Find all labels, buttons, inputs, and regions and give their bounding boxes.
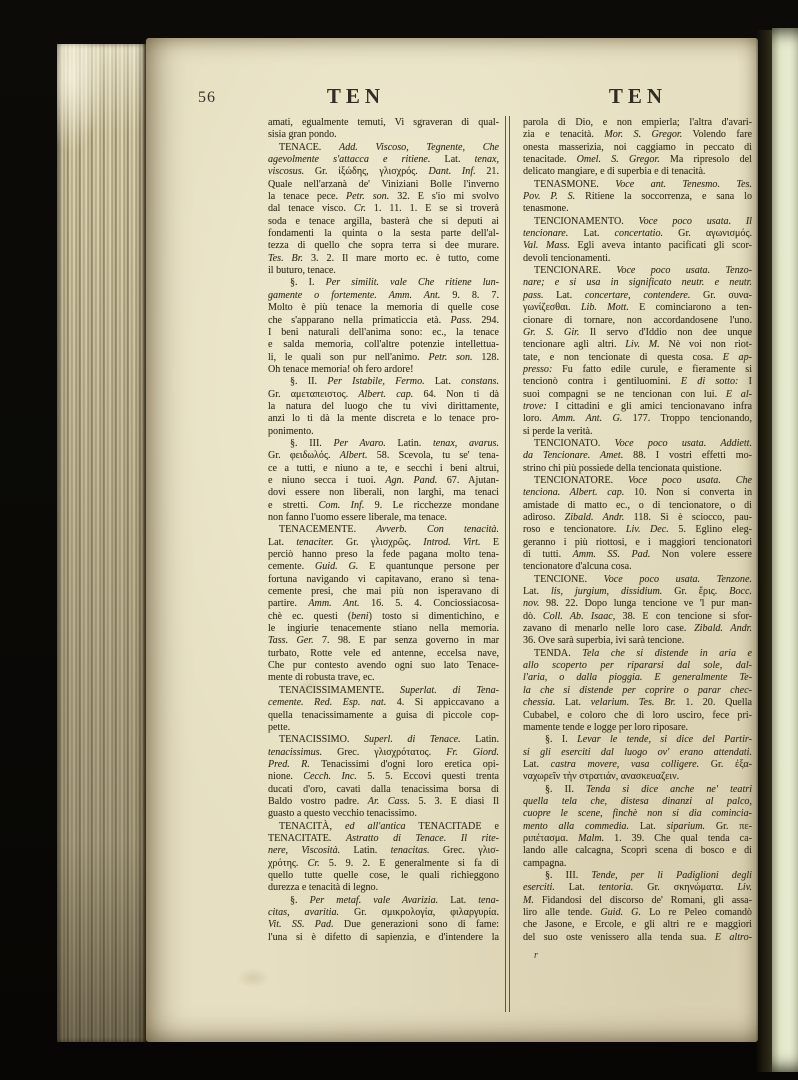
text-line: Gr. φειδωλός. Albert. 58. Scevola, tu se… [268, 450, 499, 462]
text-line: eserciti. Lat. tentoria. Gr. σκηνώματα. … [523, 882, 752, 894]
text-line: nione. Cecch. Inc. 5. 5. Eccovi questi t… [268, 771, 499, 783]
paragraph: TENCIONAMENTO. Voce poco usata. Iltencio… [523, 216, 752, 265]
text-column-right: parola di Dio, e non empierla; l'altra d… [523, 117, 752, 944]
column-divider [505, 116, 510, 1012]
text-line: TENACISSIMO. Superl. di Tenace. Latin. [268, 734, 499, 746]
text-line: cemente. Guid. G. E quantunque persone p… [268, 561, 499, 573]
text-line: lando alle calcagna, Scoprì scena di bos… [523, 845, 752, 857]
text-line: Gr. αμεταπειστος. Albert. cap. 64. Non t… [268, 389, 499, 401]
text-line: §. I. Per similit. vale Che ritiene lun- [268, 277, 499, 289]
text-line: TENACISSIMAMENTE. Superlat. di Tena- [268, 685, 499, 697]
text-line: nare; e si usa in significato neutr. e n… [523, 277, 752, 289]
text-line: cemente. Red. Esp. nat. 4. Si appiccavan… [268, 697, 499, 709]
text-line: guasto a questo vecchio tenacissimo. [268, 808, 499, 820]
text-line: liro alle tende. Guid. G. Lo re Peleo co… [523, 907, 752, 919]
paragraph: TENACITÀ, ed all'antica TENACITADE eTENA… [268, 821, 499, 895]
text-line: mente di robusta trave, ec. [268, 672, 499, 684]
text-line: parola di Dio, e non empierla; l'altra d… [523, 117, 752, 129]
paragraph: TENCIONARE. Voce poco usata. Tenzo-nare;… [523, 265, 752, 438]
text-line: agevolmente s'attacca e ritiene. Lat. te… [268, 154, 499, 166]
text-line: I beni naturali dell'anima sono: ec., la… [268, 327, 499, 339]
text-line: la tenace pece. Petr. son. 32. E s'io mi… [268, 191, 499, 203]
text-line: TENCIONAMENTO. Voce poco usata. Il [523, 216, 752, 228]
text-line: χρότης. Cr. 5. 9. 2. E generalmente si f… [268, 858, 499, 870]
text-line: TENASMONE. Voce ant. Tenesmo. Tes. [523, 179, 752, 191]
text-line: Lat. lis, jurgium, dissidium. Gr. ἔρις. … [523, 586, 752, 598]
paragraph: §. III. Tende, per li Padiglioni deglies… [523, 870, 752, 944]
text-line: Vit. SS. Pad. Due generazioni sono di fa… [268, 919, 499, 931]
text-line: cuopre le scene, finchè non si dia comin… [523, 808, 752, 820]
text-line: la che si distende per coprire o parar c… [523, 685, 752, 697]
text-line: Val. Mass. Egli aveva intanto pacificati… [523, 240, 752, 252]
text-line: cionare di tornare, non accordandosene l… [523, 315, 752, 327]
text-line: tencionare agli altri. Liv. M. Nè voi no… [523, 339, 752, 351]
text-line: §. III. Per Avaro. Latin. tenax, avarus. [268, 438, 499, 450]
text-line: quella tela che, distesa dinanzi al palc… [523, 796, 752, 808]
text-line: tenasmone. [523, 203, 752, 215]
text-line: cemente presi, che mai più non isperavan… [268, 586, 499, 598]
text-line: non fanno l'uomo essere liberale, ma ten… [268, 512, 499, 524]
text-line: sisia gran pondo. [268, 129, 499, 141]
text-line: Lat. tenaciter. Gr. γλισχρῶς. Introd. Vi… [268, 537, 499, 549]
text-line: fortuna navigando vi capitavano, erano s… [268, 574, 499, 586]
text-line: dovi essere non liberali, non larghi, ma… [268, 487, 499, 499]
paragraph: TENACEMENTE. Avverb. Con tenacità.Lat. t… [268, 524, 499, 684]
text-line: delicato mangiare, e di superbia e di te… [523, 166, 752, 178]
text-line: e stretti. Com. Inf. 9. Le ricchezze mon… [268, 500, 499, 512]
text-line: Cubabel, e coloro che di loro usciro, fe… [523, 710, 752, 722]
text-line: adiroso. Zibald. Andr. 118. Sì è sciocco… [523, 512, 752, 524]
text-line: pass. Lat. concertare, contendere. Gr. σ… [523, 290, 752, 302]
text-line: ducati d'oro, cavati dalla tenacissima b… [268, 784, 499, 796]
paragraph: §. Per metaf. vale Avarizia. Lat. tena-c… [268, 895, 499, 944]
text-line: TENCIONATO. Voce poco usata. Addiett. [523, 438, 752, 450]
text-line: TENACEMENTE. Avverb. Con tenacità. [268, 524, 499, 536]
text-line: §. II. Per Istabile, Fermo. Lat. constan… [268, 376, 499, 388]
text-line: dal tenace visco. Cr. 1. 11. 1. E se si … [268, 203, 499, 215]
text-line: Tass. Ger. 7. 98. E par senza governo in… [268, 635, 499, 647]
text-line: mamente tende e logge per loro riposare. [523, 722, 752, 734]
paragraph: TENACE. Add. Viscoso, Tegnente, Cheagevo… [268, 142, 499, 278]
text-line: Baldo vostro padre. Ar. Cass. 5. 3. E di… [268, 796, 499, 808]
text-line: pette. [268, 722, 499, 734]
text-line: Tes. Br. 3. 2. Il mare morto ec. è tutto… [268, 253, 499, 265]
text-line: strino chi più possiede della tencionata… [523, 463, 752, 475]
text-line: chè ec. questi (beni) tosto si dimentich… [268, 611, 499, 623]
text-line: zavano di menarlo nelle loro case. Zibal… [523, 623, 752, 635]
text-line: tencionatore d'alcuna cosa. [523, 561, 752, 573]
text-line: Molto è più tenace la memoria di quelle … [268, 302, 499, 314]
text-line: quello tutte quelle cose, le quali richi… [268, 870, 499, 882]
text-line: da Tencionare. Amet. 88. I vostri effett… [523, 450, 752, 462]
text-line: tezza di quello che sopra terra si dee m… [268, 240, 499, 252]
text-line: suoi compagni se ne tencionan con lui. E… [523, 389, 752, 401]
text-line: presso: Fu fatto edile curule, e fierame… [523, 364, 752, 376]
text-line: chessia. Lat. velarium. Tes. Br. 1. 20. … [523, 697, 752, 709]
page-number: 56 [198, 89, 216, 107]
text-line: γωνίζεσθαι. Lib. Mott. E cominciarono a … [523, 302, 752, 314]
text-line: fondamenti la quinta o la sesta parte de… [268, 228, 499, 240]
text-line: di tutti. Amm. SS. Pad. Non volere esser… [523, 549, 752, 561]
text-line: amati, egualmente temuti, Vi sgraveran d… [268, 117, 499, 129]
text-line: Gr. S. Gir. Il servo d'Iddio non dee unq… [523, 327, 752, 339]
text-line: ναχωρεῖν τὴν στρατιάν, ανασκευαζειν. [523, 771, 752, 783]
text-line: devoli tencionamenti. [523, 253, 752, 265]
text-line: TENDA. Tela che si distende in aria e [523, 648, 752, 660]
paragraph: TENCIONATO. Voce poco usata. Addiett.da … [523, 438, 752, 475]
text-line: zia e tenacità. Mor. S. Gregor. Volendo … [523, 129, 752, 141]
text-line: l'aria, o dalla pioggia. E generalmente … [523, 672, 752, 684]
paragraph: §. II. Per Istabile, Fermo. Lat. constan… [268, 376, 499, 438]
text-line: Pred. R. Tenacissimi d'ogni loro eretica… [268, 759, 499, 771]
text-line: Lat. castra movere, vasa colligere. Gr. … [523, 759, 752, 771]
text-line: li, le quali son pur nell'animo. Petr. s… [268, 352, 499, 364]
text-line: TENACE. Add. Viscoso, Tegnente, Che [268, 142, 499, 154]
text-line: Pov. P. S. Ritiene la soccorrenza, e san… [523, 191, 752, 203]
running-title-right: TEN [609, 84, 667, 109]
text-line: geranno i più riottosi, e i maggiori ten… [523, 537, 752, 549]
text-line: tate, e non tencionate di questa cosa. E… [523, 352, 752, 364]
text-line: del suo oste venissero alla tenda sua. E… [523, 932, 752, 944]
text-line: Quale nell'arzanà de' Viniziani Bolle l'… [268, 179, 499, 191]
text-line: e niuno secca i tuoi. Agn. Pand. 67. Aju… [268, 475, 499, 487]
text-line: citas, avaritia. Gr. σμικρολογία, φιλαργ… [268, 907, 499, 919]
running-title-left: TEN [327, 84, 385, 109]
text-line: ριπέτασμα. Malm. 1. 39. Che qual tenda c… [523, 833, 752, 845]
catchword: r [534, 950, 538, 961]
text-line: nere, Viscosità. Latin. tenacitas. Grec.… [268, 845, 499, 857]
text-line: ce a tutti, e niuno a te, e secchi i ben… [268, 463, 499, 475]
text-line: onesta masserizia, noi caggiamo in pecca… [523, 142, 752, 154]
text-line: quella tenacissimamente a guisa di picco… [268, 710, 499, 722]
page: 56 TEN TEN amati, egualmente temuti, Vi … [146, 38, 758, 1042]
text-column-left: amati, egualmente temuti, Vi sgraveran d… [268, 117, 499, 944]
paragraph: TENCIONATORE. Voce poco usata. Chetencio… [523, 475, 752, 574]
text-line: dò. Coll. Ab. Isaac, 38. E con tencione … [523, 611, 752, 623]
text-line: viscosus. Gr. ἰξώδης, γλισχρός. Dant. In… [268, 166, 499, 178]
text-line: perciò hanno preso la fede pagana molto … [268, 549, 499, 561]
text-line: tencionare. Lat. concertatio. Gr. αγωνισ… [523, 228, 752, 240]
text-line: durezza e tenacità di legno. [268, 882, 499, 894]
text-line: campagna. [523, 858, 752, 870]
text-line: 36. Ove sarà superbia, ivi sarà tencione… [523, 635, 752, 647]
paragraph: parola di Dio, e non empierla; l'altra d… [523, 117, 752, 179]
text-line: che s'apparano nella primaticcia età. Pa… [268, 315, 499, 327]
text-line: TENCIONARE. Voce poco usata. Tenzo- [523, 265, 752, 277]
paragraph: TENACISSIMO. Superl. di Tenace. Latin.te… [268, 734, 499, 820]
text-line: che Jasone, e Ercole, e gli altri re e m… [523, 919, 752, 931]
adjacent-page-edge [772, 28, 798, 1072]
text-line: tencionò contra i gentiluomini. E di sot… [523, 376, 752, 388]
text-line: partire. Amm. Ant. 16. 5. 4. Conciossiac… [268, 598, 499, 610]
paragraph: §. II. Tenda si dice anche ne' teatrique… [523, 784, 752, 870]
text-line: mento alla commedia. Lat. siparium. Gr. … [523, 821, 752, 833]
text-line: §. I. Levar le tende, si dice del Partir… [523, 734, 752, 746]
text-line: amistade di matto ec., o di tencionatore… [523, 500, 752, 512]
paragraph: §. I. Levar le tende, si dice del Partir… [523, 734, 752, 783]
text-line: §. Per metaf. vale Avarizia. Lat. tena- [268, 895, 499, 907]
text-line: loro. Amm. Ant. G. 177. Troppo tencionan… [523, 413, 752, 425]
paragraph: TENCIONE. Voce poco usata. Tenzone.Lat. … [523, 574, 752, 648]
paragraph: amati, egualmente temuti, Vi sgraveran d… [268, 117, 499, 142]
paragraph: TENACISSIMAMENTE. Superlat. di Tena-ceme… [268, 685, 499, 734]
text-line: TENCIONATORE. Voce poco usata. Che [523, 475, 752, 487]
text-line: soda e tenace argilla, basterà che si de… [268, 216, 499, 228]
text-line: TENACITATE. Astratto di Tenace. Il rite- [268, 833, 499, 845]
text-line: tenacitade. Omel. S. Gregor. Ma ripresol… [523, 154, 752, 166]
paragraph: §. III. Per Avaro. Latin. tenax, avarus.… [268, 438, 499, 524]
paragraph: TENASMONE. Voce ant. Tenesmo. Tes.Pov. P… [523, 179, 752, 216]
text-line: trove: I cittadini e gli amici tencionav… [523, 401, 752, 413]
text-line: anzi lo ti dà la mente discreta e lo ten… [268, 413, 499, 425]
page-edges-stack [57, 44, 146, 1042]
text-line: gamente o fortemente. Amm. Ant. 9. 8. 7. [268, 290, 499, 302]
text-line: TENCIONE. Voce poco usata. Tenzone. [523, 574, 752, 586]
text-line: le ingiurie tenacemente stiano nella mem… [268, 623, 499, 635]
text-line: §. II. Tenda si dice anche ne' teatri [523, 784, 752, 796]
text-line: la natura del luogo che tu vivi dirittam… [268, 401, 499, 413]
text-line: tenacissimus. Grec. γλισχρότατος. Fr. Gi… [268, 747, 499, 759]
book-scan: 56 TEN TEN amati, egualmente temuti, Vi … [0, 0, 798, 1080]
paper-stain [236, 968, 270, 988]
text-line: TENACITÀ, ed all'antica TENACITADE e [268, 821, 499, 833]
text-line: Che pur contesto avendo ogni suo lato Te… [268, 660, 499, 672]
text-line: e salda memoria, coll'altre potenzie int… [268, 339, 499, 351]
paragraph: TENDA. Tela che si distende in aria eall… [523, 648, 752, 734]
text-line: turbato, Rotte vele ed antenne, eccelsa … [268, 648, 499, 660]
paragraph: §. I. Per similit. vale Che ritiene lun-… [268, 277, 499, 376]
text-line: si perde la verità. [523, 426, 752, 438]
text-line: allo scoperto per ripararsi dal sole, da… [523, 660, 752, 672]
text-line: M. Fidandosi del discorso de' Romani, gl… [523, 895, 752, 907]
text-line: si gli eserciti dal luogo ov' erano atte… [523, 747, 752, 759]
text-line: ponimento. [268, 426, 499, 438]
text-line: nov. 98. 22. Dopo lunga tencione ve 'l p… [523, 598, 752, 610]
text-line: il buturo, tenace. [268, 265, 499, 277]
text-line: tenciona. Albert. cap. 10. Non si conver… [523, 487, 752, 499]
text-line: Oh tenace memoria! oh fero ardore! [268, 364, 499, 376]
text-line: l'una si è difetto di sapienzia, e d'int… [268, 932, 499, 944]
text-line: §. III. Tende, per li Padiglioni degli [523, 870, 752, 882]
text-line: roso e tencionatore. Liv. Dec. 5. Eglino… [523, 524, 752, 536]
